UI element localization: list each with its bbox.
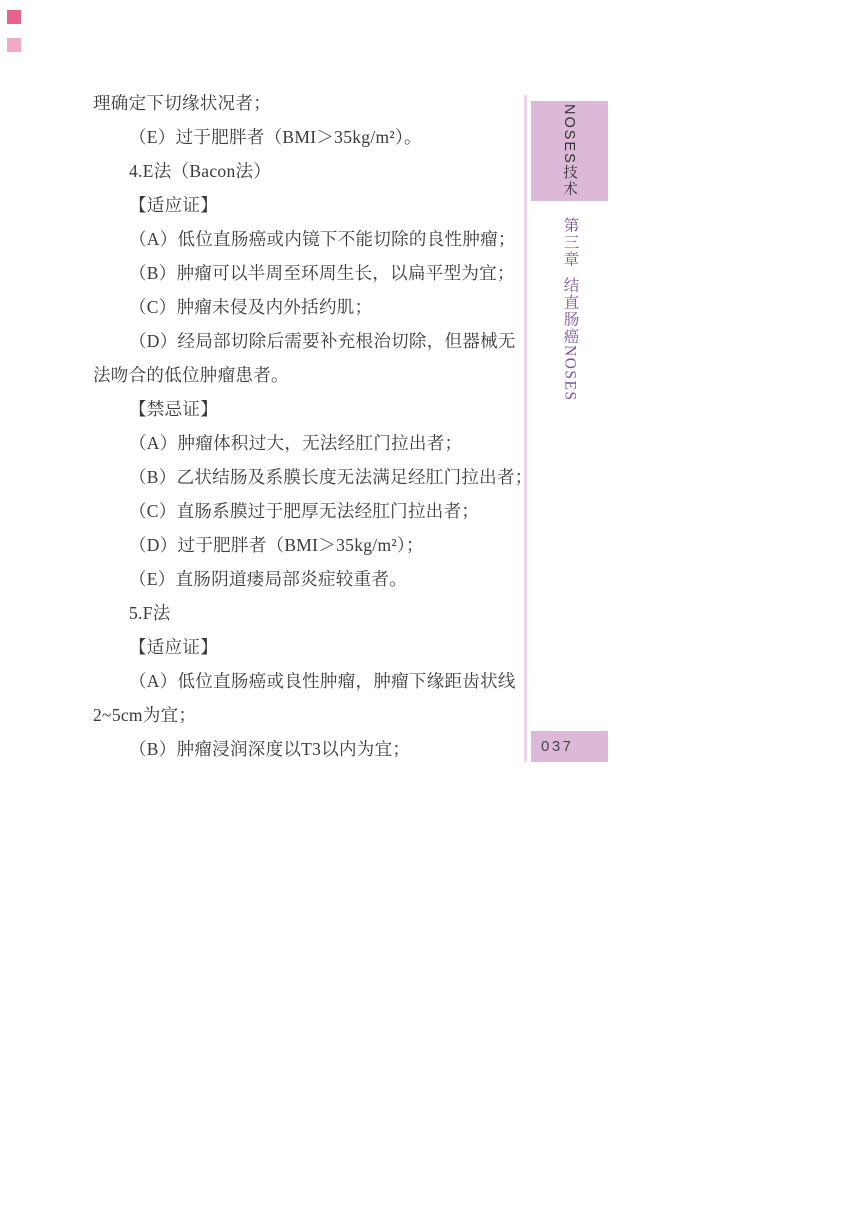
sidebar-tab-noses-technique: NOSES技术 (531, 101, 608, 201)
text-line: （C）直肠系膜过于肥厚无法经肛门拉出者； (93, 494, 525, 528)
chapter-title: 结直肠癌NOSES (531, 277, 608, 402)
sidebar-divider-rule (524, 95, 527, 762)
page-number: 037 (531, 731, 608, 762)
text-line: 理确定下切缘状况者； (93, 86, 525, 120)
text-line: （D）过于肥胖者（BMI＞35kg/m²）； (93, 528, 525, 562)
text-line: （E）直肠阴道瘘局部炎症较重者。 (93, 562, 525, 596)
text-line: 2~5cm为宜； (93, 698, 525, 732)
chapter-number: 第三章 (531, 217, 608, 268)
text-line: （E）过于肥胖者（BMI＞35kg/m²）。 (93, 120, 525, 154)
text-line: 【禁忌证】 (93, 392, 525, 426)
text-line: （A）低位直肠癌或良性肿瘤，肿瘤下缘距齿状线 (93, 664, 525, 698)
text-line: （B）肿瘤可以半周至环周生长，以扁平型为宜； (93, 256, 525, 290)
sidebar-tab-label: NOSES技术 (559, 104, 580, 198)
main-text-column: 理确定下切缘状况者； （E）过于肥胖者（BMI＞35kg/m²）。 4.E法（B… (93, 86, 525, 766)
text-line: （B）乙状结肠及系膜长度无法满足经肛门拉出者； (93, 460, 525, 494)
corner-accent-square-top (7, 10, 21, 24)
text-line: （B）肿瘤浸润深度以T3以内为宜； (93, 732, 525, 766)
text-line: （D）经局部切除后需要补充根治切除，但器械无 (93, 324, 525, 358)
text-line: 5.F法 (93, 596, 525, 630)
page-number-box: 037 (531, 731, 608, 762)
chapter-title-label: 结直肠癌NOSES (559, 277, 581, 402)
text-line: （A）肿瘤体积过大，无法经肛门拉出者； (93, 426, 525, 460)
text-line: （C）肿瘤未侵及内外括约肌； (93, 290, 525, 324)
text-line: 【适应证】 (93, 630, 525, 664)
text-line: 法吻合的低位肿瘤患者。 (93, 358, 525, 392)
text-line: 【适应证】 (93, 188, 525, 222)
chapter-number-label: 第三章 (559, 217, 581, 268)
text-line: （A）低位直肠癌或内镜下不能切除的良性肿瘤； (93, 222, 525, 256)
book-page: 理确定下切缘状况者； （E）过于肥胖者（BMI＞35kg/m²）。 4.E法（B… (0, 0, 867, 1218)
text-line: 4.E法（Bacon法） (93, 154, 525, 188)
corner-accent-square-bottom (7, 38, 21, 52)
